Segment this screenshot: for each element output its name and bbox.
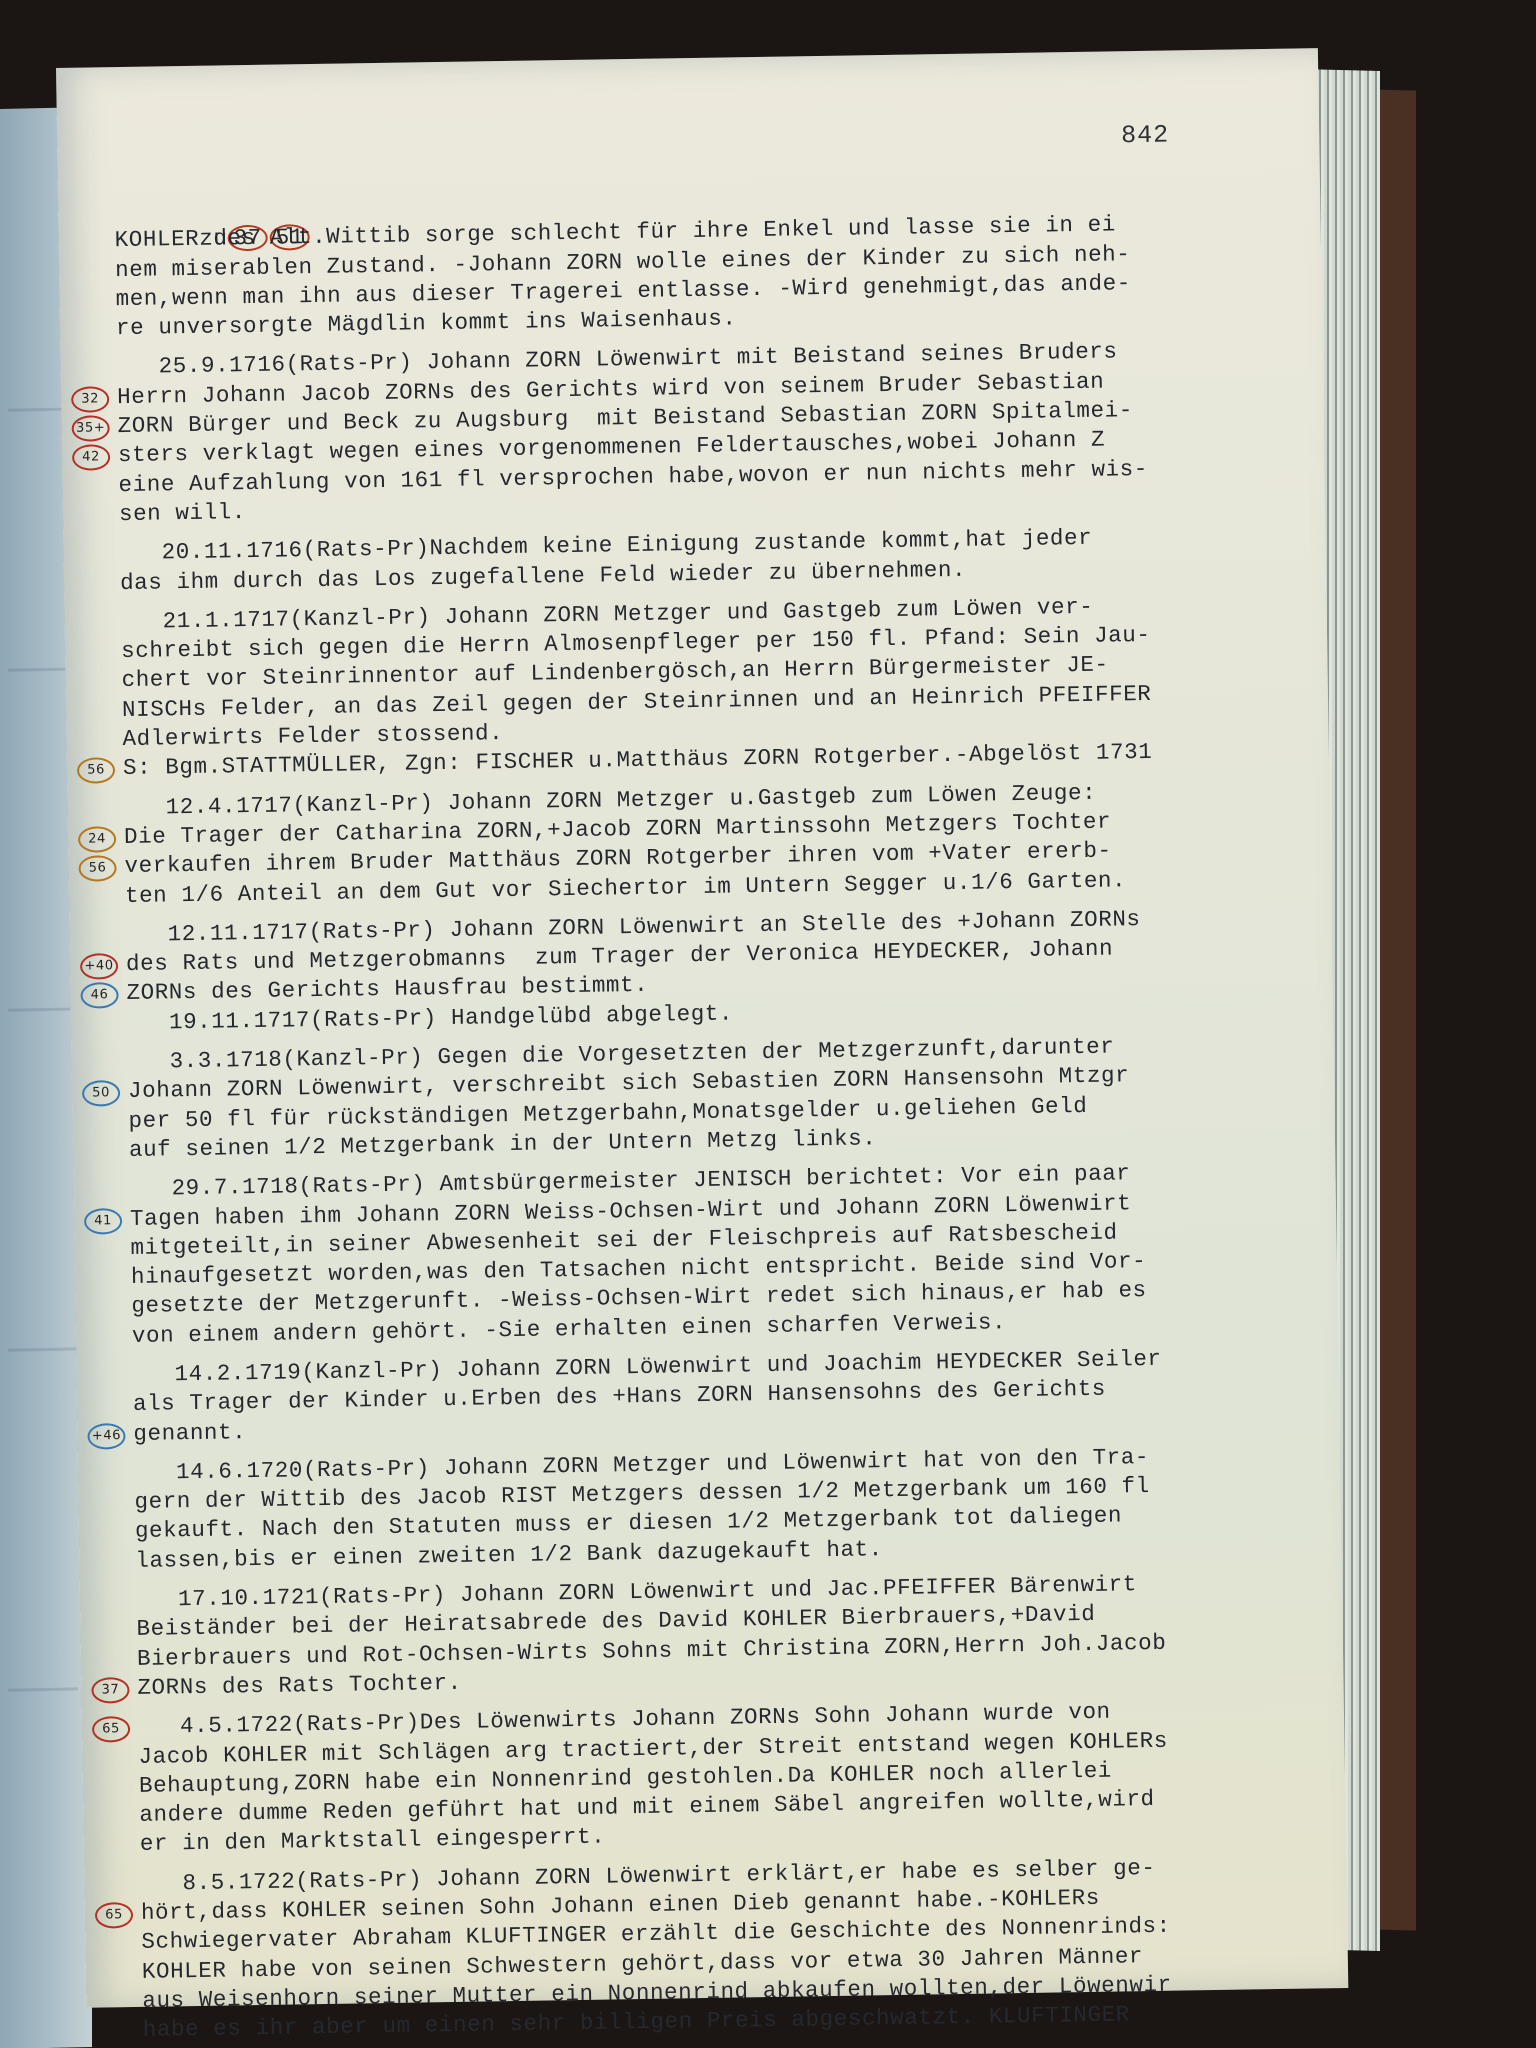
margin-reference-badge: +40 [80, 953, 118, 980]
record-entry: 25.9.1716(Rats-Pr) Johann ZORN Löwenwirt… [116, 326, 1269, 530]
record-entry: 21.1.1717(Kanzl-Pr) Johann ZORN Metzger … [120, 580, 1273, 784]
record-entry: 12.4.1717(Kanzl-Pr) Johann ZORN Metzger … [123, 766, 1275, 911]
record-entry: 14.2.1719(Kanzl-Pr) Johann ZORN Löwenwir… [132, 1333, 1283, 1449]
page-number: 842 [1121, 121, 1169, 151]
margin-reference-badge: 65 [92, 1716, 130, 1743]
margin-reference-badge: 46 [80, 983, 118, 1010]
margin-reference-badge: 24 [78, 826, 116, 853]
margin-reference-badge: 37 [91, 1677, 129, 1704]
margin-reference-badge: 65 [95, 1902, 133, 1929]
record-entry: 4.5.1722(Rats-Pr)Des Löwenwirts Johann Z… [138, 1685, 1290, 1860]
margin-reference-badge: 35+ [71, 415, 109, 442]
document-body: zu3751 KOHLER des Alt.Wittib sorge schle… [114, 179, 1293, 2045]
record-entry: 12.11.1717(Rats-Pr) Johann ZORN Löwenwir… [125, 893, 1277, 1038]
record-entry: 17.10.1721(Rats-Pr) Johann ZORN Löwenwir… [136, 1558, 1288, 1703]
record-entry: 3.3.1718(Kanzl-Pr) Gegen die Vorgesetzte… [127, 1020, 1279, 1165]
margin-reference-badge: 41 [84, 1208, 122, 1235]
record-entry: 14.6.1720(Rats-Pr) Johann ZORN Metzger u… [134, 1431, 1286, 1576]
margin-reference-badge: 56 [78, 855, 116, 882]
margin-reference-badge: 42 [72, 445, 110, 472]
record-entry: 8.5.1722(Rats-Pr) Johann ZORN Löwenwirt … [140, 1842, 1293, 2046]
margin-reference-badge: 50 [82, 1080, 120, 1107]
record-entry: 29.7.1718(Rats-Pr) Amtsbürgermeister JEN… [129, 1147, 1282, 1351]
document-page: 842 zu3751 KOHLER des Alt.Wittib sorge s… [56, 48, 1348, 2008]
margin-reference-badge: 56 [77, 758, 115, 785]
margin-reference-badge: 32 [71, 386, 109, 413]
margin-reference-badge: +46 [87, 1423, 125, 1450]
